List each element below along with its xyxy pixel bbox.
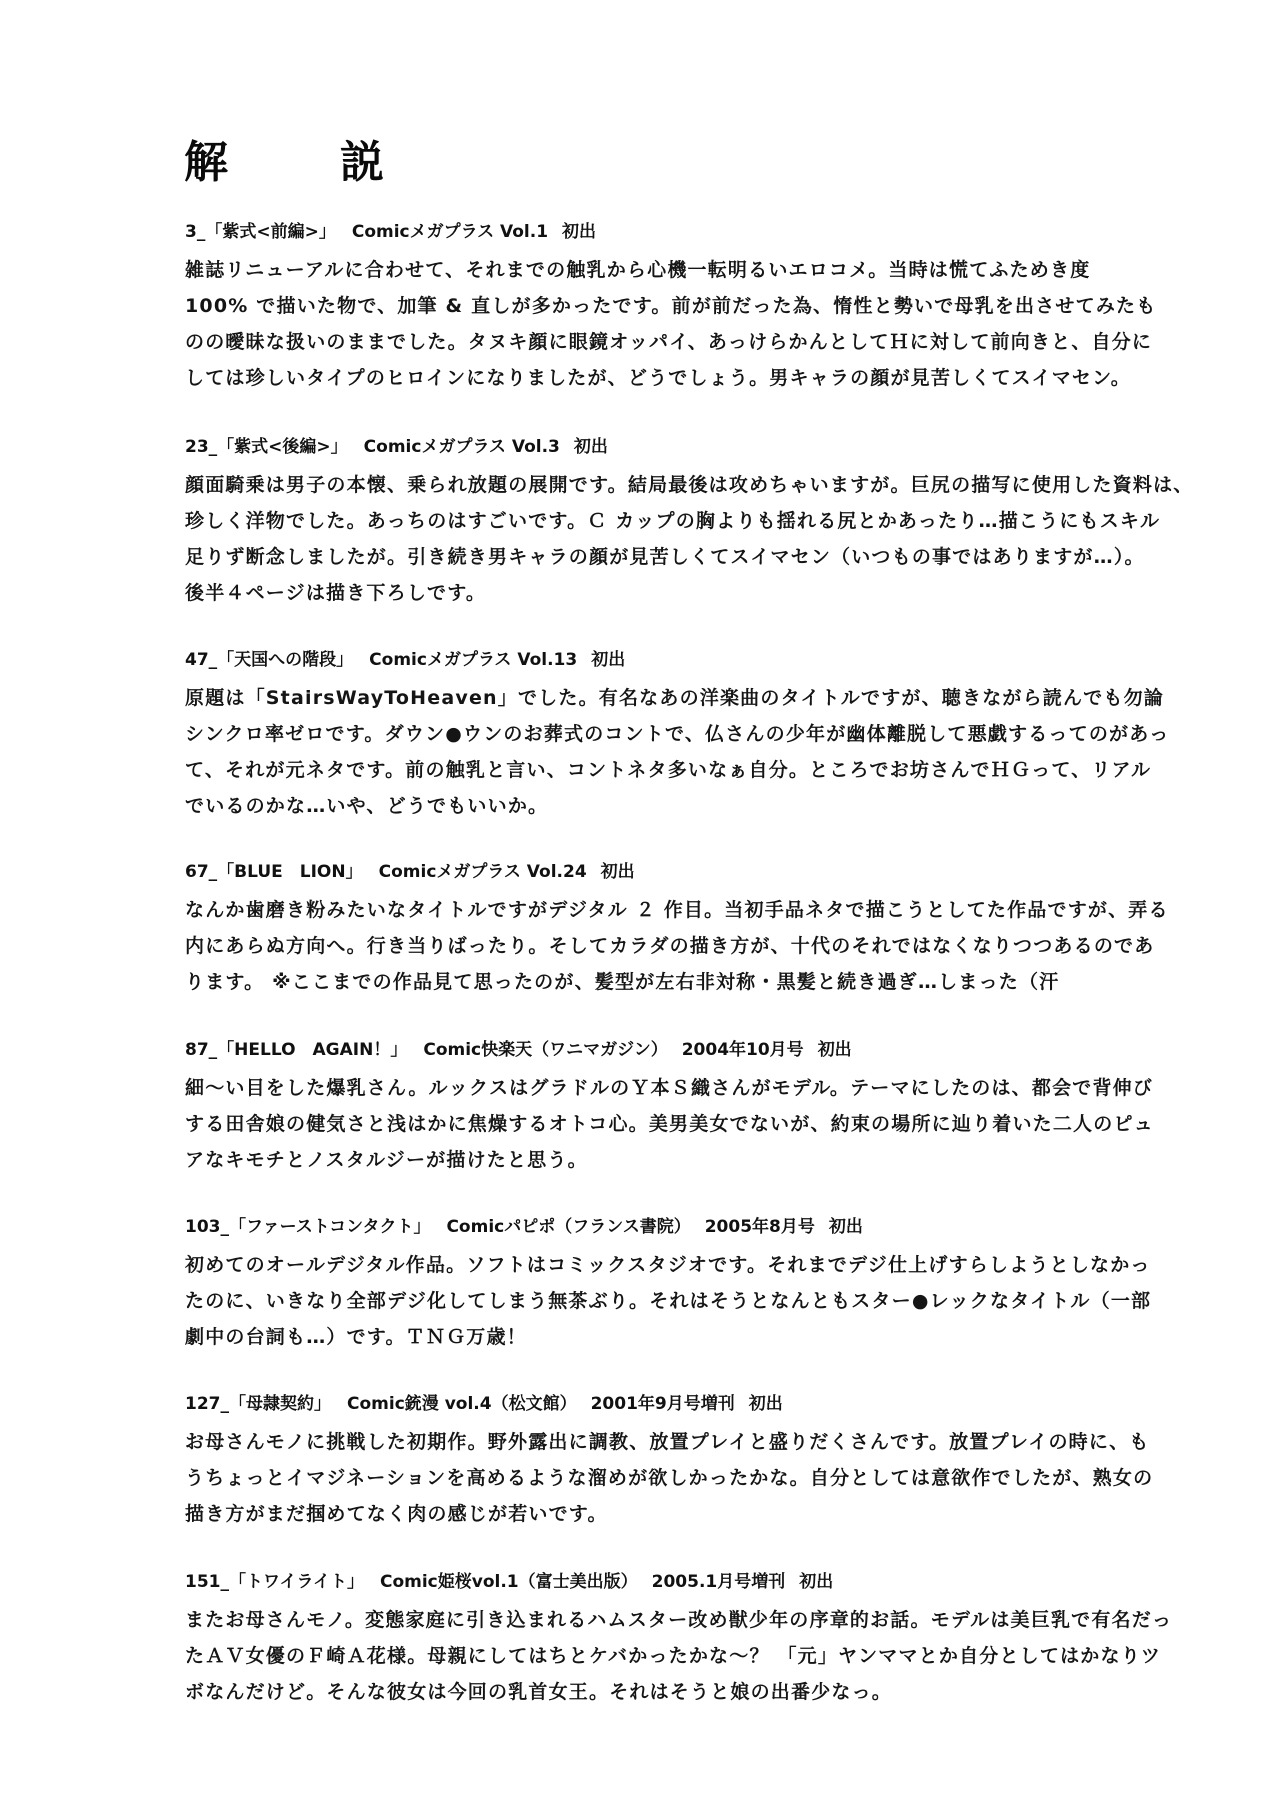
issue-date: 2005年8月号 bbox=[705, 1217, 815, 1237]
section-heading: 3_「紫式<前編>」Comicメガプラス Vol.1初出 bbox=[185, 220, 1110, 244]
work-title: 「トワイライト」 bbox=[229, 1572, 364, 1592]
source-magazine: Comicメガプラス Vol.1 bbox=[352, 222, 548, 242]
commentary-section-7: 127_「母隷契約」Comic銃漫 vol.4（松文館）2001年9月号増刊初出… bbox=[185, 1392, 1110, 1532]
body-line: お母さんモノに挑戦した初期作。野外露出に調教、放置プレイと盛りだくさんです。放置… bbox=[185, 1424, 1110, 1460]
section-body: 顔面騎乗は男子の本懐、乗られ放題の展開です。結局最後は攻めちゃいますが。巨尻の描… bbox=[185, 467, 1110, 611]
page-number: 3_ bbox=[185, 222, 205, 242]
body-line: 顔面騎乗は男子の本懐、乗られ放題の展開です。結局最後は攻めちゃいますが。巨尻の描… bbox=[185, 467, 1110, 503]
body-line: シンクロ率ゼロです。ダウン●ウンのお葬式のコントで、仏さんの少年が幽体離脱して悪… bbox=[185, 716, 1110, 752]
source-magazine: Comic銃漫 vol.4（松文館） bbox=[347, 1394, 577, 1414]
body-line: する田舎娘の健気さと浅はかに焦燥するオトコ心。美男美女でないが、約束の場所に辿り… bbox=[185, 1106, 1110, 1142]
body-line: アなキモチとノスタルジーが描けたと思う。 bbox=[185, 1142, 1110, 1178]
first-appearance-note: 初出 bbox=[591, 650, 625, 670]
body-line: 後半４ページは描き下ろしです。 bbox=[185, 575, 1110, 611]
section-body: 原題は「StairsWayToHeaven」でした。有名なあの洋楽曲のタイトルで… bbox=[185, 680, 1110, 824]
body-line: 初めてのオールデジタル作品。ソフトはコミックスタジオです。それまでデジ仕上げすら… bbox=[185, 1247, 1110, 1283]
first-appearance-note: 初出 bbox=[818, 1040, 852, 1060]
body-line: たＡＶ女優のＦ崎Ａ花様。母親にしてはちとケバかったかな〜？ 「元」ヤンママとか自… bbox=[185, 1638, 1110, 1674]
work-title: 「BLUE LION」 bbox=[217, 862, 362, 882]
page-number: 103_ bbox=[185, 1217, 229, 1237]
work-title: 「ファーストコンタクト」 bbox=[229, 1217, 430, 1237]
work-title: 「紫式<前編>」 bbox=[205, 222, 336, 242]
body-line: うちょっとイマジネーションを高めるような溜めが欲しかったかな。自分としては意欲作… bbox=[185, 1460, 1110, 1496]
commentary-section-6: 103_「ファーストコンタクト」Comicパピポ（フランス書院）2005年8月号… bbox=[185, 1215, 1110, 1355]
first-appearance-note: 初出 bbox=[799, 1572, 833, 1592]
body-line: 100% で描いた物で、加筆 & 直しが多かったです。前が前だった為、惰性と勢い… bbox=[185, 288, 1110, 324]
section-heading: 127_「母隷契約」Comic銃漫 vol.4（松文館）2001年9月号増刊初出 bbox=[185, 1392, 1110, 1416]
first-appearance-note: 初出 bbox=[562, 222, 596, 242]
body-line: ります。 ※ここまでの作品見て思ったのが、髪型が左右非対称・黒髪と続き過ぎ…しま… bbox=[185, 964, 1110, 1000]
work-title: 「母隷契約」 bbox=[229, 1394, 331, 1414]
commentary-section-5: 87_「HELLO AGAIN！」Comic快楽天（ワニマガジン）2004年10… bbox=[185, 1038, 1110, 1178]
first-appearance-note: 初出 bbox=[574, 437, 608, 457]
body-line: たのに、いきなり全部デジ化してしまう無茶ぶり。それはそうとなんともスター●レック… bbox=[185, 1283, 1110, 1319]
page-number: 87_ bbox=[185, 1040, 217, 1060]
work-title: 「紫式<後編>」 bbox=[217, 437, 348, 457]
issue-date: 2005.1月号増刊 bbox=[652, 1572, 786, 1592]
source-magazine: Comicパピポ（フランス書院） bbox=[446, 1217, 690, 1237]
body-line: 劇中の台詞も…）です。ＴＮＧ万歳！ bbox=[185, 1319, 1110, 1355]
issue-date: 2004年10月号 bbox=[682, 1040, 804, 1060]
body-line: 足りず断念しましたが。引き続き男キャラの顔が見苦しくてスイマセン（いつもの事では… bbox=[185, 539, 1110, 575]
commentary-section-2: 23_「紫式<後編>」Comicメガプラス Vol.3初出 顔面騎乗は男子の本懐… bbox=[185, 435, 1110, 611]
body-line: しては珍しいタイプのヒロインになりましたが、どうでしょう。男キャラの顔が見苦しく… bbox=[185, 360, 1110, 396]
commentary-section-1: 3_「紫式<前編>」Comicメガプラス Vol.1初出 雑誌リニューアルに合わ… bbox=[185, 220, 1110, 396]
source-magazine: Comic姫桜vol.1（富士美出版） bbox=[380, 1572, 638, 1592]
commentary-section-3: 47_「天国への階段」Comicメガプラス Vol.13初出 原題は「Stair… bbox=[185, 648, 1110, 824]
commentary-section-8: 151_「トワイライト」Comic姫桜vol.1（富士美出版）2005.1月号増… bbox=[185, 1570, 1110, 1710]
first-appearance-note: 初出 bbox=[749, 1394, 783, 1414]
body-line: て、それが元ネタです。前の触乳と言い、コントネタ多いなぁ自分。ところでお坊さんで… bbox=[185, 752, 1110, 788]
source-magazine: Comicメガプラス Vol.13 bbox=[369, 650, 577, 670]
section-heading: 23_「紫式<後編>」Comicメガプラス Vol.3初出 bbox=[185, 435, 1110, 459]
body-line: 雑誌リニューアルに合わせて、それまでの触乳から心機一転明るいエロコメ。当時は慌て… bbox=[185, 252, 1110, 288]
section-body: 細〜い目をした爆乳さん。ルックスはグラドルのＹ本Ｓ織さんがモデル。テーマにしたの… bbox=[185, 1070, 1110, 1178]
body-line: またお母さんモノ。変態家庭に引き込まれるハムスター改め獣少年の序章的お話。モデル… bbox=[185, 1602, 1110, 1638]
body-line: のの曖昧な扱いのままでした。タヌキ顔に眼鏡オッパイ、あっけらかんとしてＨに対して… bbox=[185, 324, 1110, 360]
body-line: なんか歯磨き粉みたいなタイトルですがデジタル ２ 作目。当初手品ネタで描こうとし… bbox=[185, 892, 1110, 928]
page-number: 67_ bbox=[185, 862, 217, 882]
source-magazine: Comic快楽天（ワニマガジン） bbox=[423, 1040, 667, 1060]
commentary-section-4: 67_「BLUE LION」Comicメガプラス Vol.24初出 なんか歯磨き… bbox=[185, 860, 1110, 1000]
section-body: 初めてのオールデジタル作品。ソフトはコミックスタジオです。それまでデジ仕上げすら… bbox=[185, 1247, 1110, 1355]
body-line: ボなんだけど。そんな彼女は今回の乳首女王。それはそうと娘の出番少なっ。 bbox=[185, 1674, 1110, 1710]
page-title: 解 説 bbox=[184, 138, 418, 188]
section-body: なんか歯磨き粉みたいなタイトルですがデジタル ２ 作目。当初手品ネタで描こうとし… bbox=[185, 892, 1110, 1000]
section-heading: 87_「HELLO AGAIN！」Comic快楽天（ワニマガジン）2004年10… bbox=[185, 1038, 1110, 1062]
page-number: 127_ bbox=[185, 1394, 229, 1414]
page-number: 151_ bbox=[185, 1572, 229, 1592]
section-heading: 47_「天国への階段」Comicメガプラス Vol.13初出 bbox=[185, 648, 1110, 672]
page-number: 23_ bbox=[185, 437, 217, 457]
issue-date: 2001年9月号増刊 bbox=[591, 1394, 735, 1414]
body-line: 原題は「StairsWayToHeaven」でした。有名なあの洋楽曲のタイトルで… bbox=[185, 680, 1110, 716]
page-number: 47_ bbox=[185, 650, 217, 670]
body-line: でいるのかな…いや、どうでもいいか。 bbox=[185, 788, 1110, 824]
section-heading: 67_「BLUE LION」Comicメガプラス Vol.24初出 bbox=[185, 860, 1110, 884]
first-appearance-note: 初出 bbox=[829, 1217, 863, 1237]
first-appearance-note: 初出 bbox=[601, 862, 635, 882]
body-line: 描き方がまだ掴めてなく肉の感じが若いです。 bbox=[185, 1496, 1110, 1532]
section-body: またお母さんモノ。変態家庭に引き込まれるハムスター改め獣少年の序章的お話。モデル… bbox=[185, 1602, 1110, 1710]
work-title: 「天国への階段」 bbox=[217, 650, 353, 670]
source-magazine: Comicメガプラス Vol.3 bbox=[364, 437, 560, 457]
body-line: 内にあらぬ方向へ。行き当りばったり。そしてカラダの描き方が、十代のそれではなくな… bbox=[185, 928, 1110, 964]
work-title: 「HELLO AGAIN！」 bbox=[217, 1040, 407, 1060]
body-line: 珍しく洋物でした。あっちのはすごいです。Ｃ カップの胸よりも揺れる尻とかあったり… bbox=[185, 503, 1110, 539]
body-line: 細〜い目をした爆乳さん。ルックスはグラドルのＹ本Ｓ織さんがモデル。テーマにしたの… bbox=[185, 1070, 1110, 1106]
section-body: 雑誌リニューアルに合わせて、それまでの触乳から心機一転明るいエロコメ。当時は慌て… bbox=[185, 252, 1110, 396]
section-heading: 151_「トワイライト」Comic姫桜vol.1（富士美出版）2005.1月号増… bbox=[185, 1570, 1110, 1594]
section-heading: 103_「ファーストコンタクト」Comicパピポ（フランス書院）2005年8月号… bbox=[185, 1215, 1110, 1239]
source-magazine: Comicメガプラス Vol.24 bbox=[379, 862, 587, 882]
section-body: お母さんモノに挑戦した初期作。野外露出に調教、放置プレイと盛りだくさんです。放置… bbox=[185, 1424, 1110, 1532]
